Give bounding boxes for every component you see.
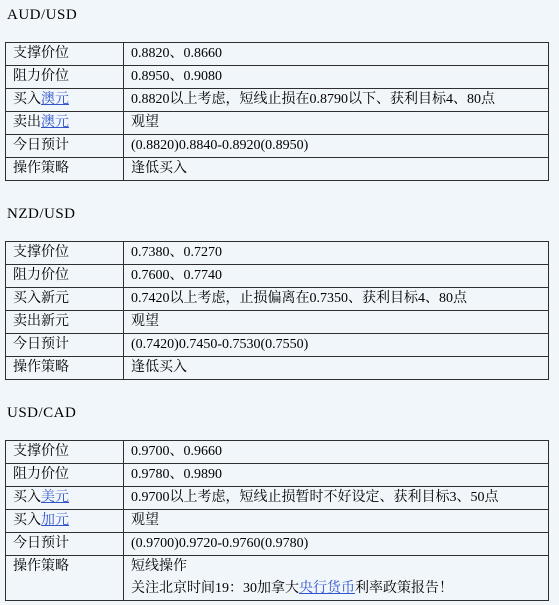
table-row: 买入新元0.7420以上考虑，止损偏离在0.7350、获利目标4、80点 [6, 288, 549, 311]
row-value-cell: 0.8950、0.9080 [124, 66, 549, 89]
row-label-cell: 支撑价位 [6, 242, 124, 265]
table-row: 阻力价位0.9780、0.9890 [6, 464, 549, 487]
section-title-nzd-usd: NZD/USD [7, 207, 559, 222]
row-value-cell: 0.7380、0.7270 [124, 242, 549, 265]
row-value-cell: 0.9700以上考虑，短线止损暂时不好设定、获利目标3、50点 [124, 487, 549, 510]
table-row: 操作策略逢低买入 [6, 158, 549, 181]
value-text: 利率政策报告！ [355, 581, 453, 596]
value-line: 0.8820以上考虑，短线止损在0.8790以下、获利目标4、80点 [131, 89, 541, 111]
aud-currency-link[interactable]: 澳元 [41, 92, 69, 107]
value-line: 0.9700以上考虑，短线止损暂时不好设定、获利目标3、50点 [131, 487, 541, 509]
value-text: 0.7600、0.7740 [131, 268, 222, 283]
row-label-cell: 操作策略 [6, 357, 124, 380]
label-text: 支撑价位 [13, 46, 69, 61]
label-text: 操作策略 [13, 559, 69, 574]
value-text: 逢低买入 [131, 161, 187, 176]
value-text: 0.8820以上考虑，短线止损在0.8790以下、获利目标4、80点 [131, 92, 495, 107]
label-text: 操作策略 [13, 360, 69, 375]
row-label-cell: 支撑价位 [6, 441, 124, 464]
section-usd-cad: USD/CAD支撑价位0.9700、0.9660阻力价位0.9780、0.989… [0, 406, 559, 601]
row-value-cell: 0.9700、0.9660 [124, 441, 549, 464]
row-value-cell: 0.7600、0.7740 [124, 265, 549, 288]
row-label-cell: 阻力价位 [6, 464, 124, 487]
table-row: 操作策略短线操作关注北京时间19：30加拿大央行货币利率政策报告！ [6, 556, 549, 601]
value-text: (0.8820)0.8840-0.8920(0.8950) [131, 138, 308, 153]
table-row: 支撑价位0.7380、0.7270 [6, 242, 549, 265]
row-value-cell: (0.9700)0.9720-0.9760(0.9780) [124, 533, 549, 556]
value-line: (0.9700)0.9720-0.9760(0.9780) [131, 533, 541, 555]
label-text: 阻力价位 [13, 69, 69, 84]
value-text: 0.7380、0.7270 [131, 245, 222, 260]
value-text: (0.7420)0.7450-0.7530(0.7550) [131, 337, 308, 352]
row-label-cell: 今日预计 [6, 334, 124, 357]
value-line: 逢低买入 [131, 357, 541, 379]
row-value-cell: 0.8820、0.8660 [124, 43, 549, 66]
row-label-cell: 买入加元 [6, 510, 124, 533]
row-value-cell: 逢低买入 [124, 158, 549, 181]
row-label-cell: 阻力价位 [6, 66, 124, 89]
row-value-cell: (0.8820)0.8840-0.8920(0.8950) [124, 135, 549, 158]
value-text: 逢低买入 [131, 360, 187, 375]
row-value-cell: 0.8820以上考虑，短线止损在0.8790以下、获利目标4、80点 [124, 89, 549, 112]
row-label-cell: 操作策略 [6, 556, 124, 601]
row-label-cell: 买入新元 [6, 288, 124, 311]
value-line: 0.7600、0.7740 [131, 265, 541, 287]
label-text: 卖出新元 [13, 314, 69, 329]
row-label-cell: 操作策略 [6, 158, 124, 181]
value-text: 观望 [131, 314, 159, 329]
value-text: 0.7420以上考虑，止损偏离在0.7350、获利目标4、80点 [131, 291, 467, 306]
value-line: 0.7420以上考虑，止损偏离在0.7350、获利目标4、80点 [131, 288, 541, 310]
table-row: 卖出澳元观望 [6, 112, 549, 135]
row-value-cell: 逢低买入 [124, 357, 549, 380]
table-row: 今日预计(0.9700)0.9720-0.9760(0.9780) [6, 533, 549, 556]
value-text: 0.9700、0.9660 [131, 444, 222, 459]
label-text: 买入新元 [13, 291, 69, 306]
row-value-cell: (0.7420)0.7450-0.7530(0.7550) [124, 334, 549, 357]
value-line: 逢低买入 [131, 158, 541, 180]
row-value-cell: 观望 [124, 112, 549, 135]
row-label-cell: 今日预计 [6, 533, 124, 556]
row-label-cell: 买入澳元 [6, 89, 124, 112]
value-text: 短线操作 [131, 559, 187, 574]
value-line: 观望 [131, 311, 541, 333]
label-text: 买入 [13, 513, 41, 528]
value-text: (0.9700)0.9720-0.9760(0.9780) [131, 536, 308, 551]
value-line: 观望 [131, 112, 541, 134]
value-line: 短线操作 [131, 556, 541, 578]
value-line: (0.8820)0.8840-0.8920(0.8950) [131, 135, 541, 157]
row-value-cell: 0.7420以上考虑，止损偏离在0.7350、获利目标4、80点 [124, 288, 549, 311]
table-row: 阻力价位0.8950、0.9080 [6, 66, 549, 89]
section-aud-usd: AUD/USD支撑价位0.8820、0.8660阻力价位0.8950、0.908… [0, 8, 559, 181]
row-value-cell: 短线操作关注北京时间19：30加拿大央行货币利率政策报告！ [124, 556, 549, 601]
forex-report: AUD/USD支撑价位0.8820、0.8660阻力价位0.8950、0.908… [0, 8, 559, 601]
label-text: 支撑价位 [13, 444, 69, 459]
label-text: 今日预计 [13, 337, 69, 352]
label-text: 阻力价位 [13, 467, 69, 482]
value-text: 观望 [131, 115, 159, 130]
table-row: 支撑价位0.9700、0.9660 [6, 441, 549, 464]
cad-currency-link[interactable]: 加元 [41, 513, 69, 528]
label-text: 买入 [13, 490, 41, 505]
section-nzd-usd: NZD/USD支撑价位0.7380、0.7270阻力价位0.7600、0.774… [0, 207, 559, 380]
row-value-cell: 观望 [124, 311, 549, 334]
fx-table-nzd-usd: 支撑价位0.7380、0.7270阻力价位0.7600、0.7740买入新元0.… [5, 241, 549, 380]
row-label-cell: 支撑价位 [6, 43, 124, 66]
table-row: 阻力价位0.7600、0.7740 [6, 265, 549, 288]
table-row: 支撑价位0.8820、0.8660 [6, 43, 549, 66]
value-text: 观望 [131, 513, 159, 528]
value-text: 关注北京时间19：30加拿大 [131, 581, 299, 596]
label-text: 今日预计 [13, 536, 69, 551]
value-line: 关注北京时间19：30加拿大央行货币利率政策报告！ [131, 578, 541, 600]
table-row: 买入加元观望 [6, 510, 549, 533]
table-row: 买入澳元0.8820以上考虑，短线止损在0.8790以下、获利目标4、80点 [6, 89, 549, 112]
value-line: 0.8950、0.9080 [131, 66, 541, 88]
value-line: 0.8820、0.8660 [131, 43, 541, 65]
value-line: 观望 [131, 510, 541, 532]
label-text: 卖出 [13, 115, 41, 130]
fx-table-usd-cad: 支撑价位0.9700、0.9660阻力价位0.9780、0.9890买入美元0.… [5, 440, 549, 601]
fx-table-aud-usd: 支撑价位0.8820、0.8660阻力价位0.8950、0.9080买入澳元0.… [5, 42, 549, 181]
value-line: 0.9780、0.9890 [131, 464, 541, 486]
value-line: 0.9700、0.9660 [131, 441, 541, 463]
section-title-usd-cad: USD/CAD [7, 406, 559, 421]
row-label-cell: 卖出新元 [6, 311, 124, 334]
table-row: 今日预计(0.7420)0.7450-0.7530(0.7550) [6, 334, 549, 357]
label-text: 阻力价位 [13, 268, 69, 283]
value-text: 0.8820、0.8660 [131, 46, 222, 61]
table-row: 卖出新元观望 [6, 311, 549, 334]
usd-currency-link[interactable]: 美元 [41, 490, 69, 505]
row-label-cell: 阻力价位 [6, 265, 124, 288]
value-text: 0.9700以上考虑，短线止损暂时不好设定、获利目标3、50点 [131, 490, 499, 505]
label-text: 买入 [13, 92, 41, 107]
value-text: 0.8950、0.9080 [131, 69, 222, 84]
table-row: 今日预计(0.8820)0.8840-0.8920(0.8950) [6, 135, 549, 158]
label-text: 操作策略 [13, 161, 69, 176]
row-label-cell: 买入美元 [6, 487, 124, 510]
table-row: 操作策略逢低买入 [6, 357, 549, 380]
label-text: 支撑价位 [13, 245, 69, 260]
row-label-cell: 卖出澳元 [6, 112, 124, 135]
value-line: (0.7420)0.7450-0.7530(0.7550) [131, 334, 541, 356]
central-bank-currency-link[interactable]: 央行货币 [299, 581, 355, 596]
row-value-cell: 观望 [124, 510, 549, 533]
section-title-aud-usd: AUD/USD [7, 8, 559, 23]
row-label-cell: 今日预计 [6, 135, 124, 158]
aud-currency-link[interactable]: 澳元 [41, 115, 69, 130]
value-text: 0.9780、0.9890 [131, 467, 222, 482]
value-line: 0.7380、0.7270 [131, 242, 541, 264]
row-value-cell: 0.9780、0.9890 [124, 464, 549, 487]
table-row: 买入美元0.9700以上考虑，短线止损暂时不好设定、获利目标3、50点 [6, 487, 549, 510]
label-text: 今日预计 [13, 138, 69, 153]
